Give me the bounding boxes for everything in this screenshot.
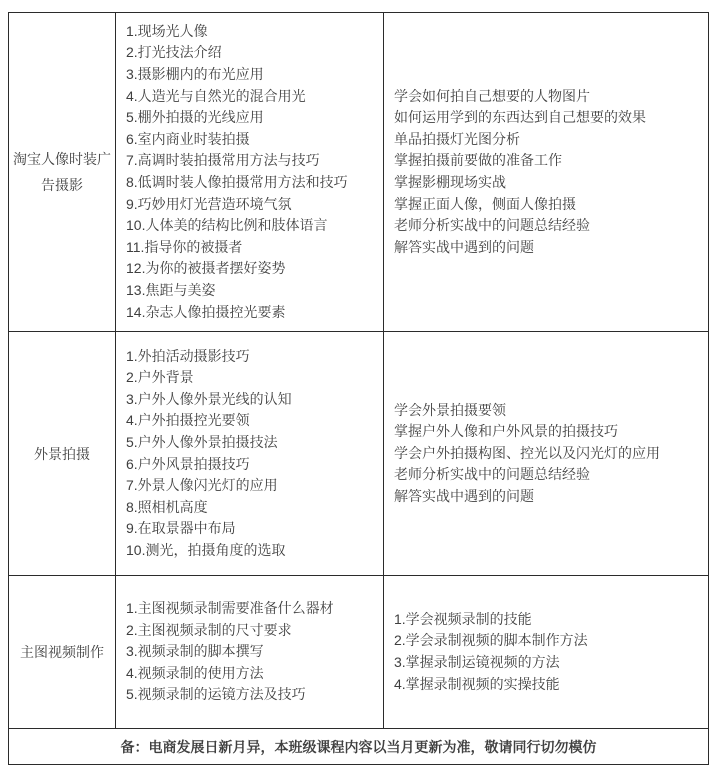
course-name-cell: 主图视频制作 xyxy=(9,576,116,729)
topic-item: 9.在取景器中布局 xyxy=(126,518,379,540)
outcome-item: 4.掌握录制视频的实操技能 xyxy=(394,674,704,696)
outcome-item: 掌握正面人像，侧面人像拍摄 xyxy=(394,194,704,216)
table-row: 主图视频制作 1.主图视频录制需要准备什么器材2.主图视频录制的尺寸要求3.视频… xyxy=(9,576,709,729)
topic-item: 14.杂志人像拍摄控光要素 xyxy=(126,302,379,324)
topic-item: 13.焦距与美姿 xyxy=(126,280,379,302)
outcome-item: 学会外景拍摄要领 xyxy=(394,400,704,422)
topic-item: 6.室内商业时装拍摄 xyxy=(126,129,379,151)
outcome-item: 单品拍摄灯光图分析 xyxy=(394,129,704,151)
topic-item: 8.低调时装人像拍摄常用方法和技巧 xyxy=(126,172,379,194)
topic-item: 2.打光技法介绍 xyxy=(126,42,379,64)
table-row: 淘宝人像时装广告摄影 1.现场光人像2.打光技法介绍3.摄影棚内的布光应用4.人… xyxy=(9,13,709,332)
outcome-item: 掌握拍摄前要做的准备工作 xyxy=(394,150,704,172)
outcome-item: 学会户外拍摄构图、控光以及闪光灯的应用 xyxy=(394,443,704,465)
outcome-item: 3.掌握录制运镜视频的方法 xyxy=(394,652,704,674)
outcome-item: 解答实战中遇到的问题 xyxy=(394,237,704,259)
topic-item: 10.人体美的结构比例和肢体语言 xyxy=(126,215,379,237)
topic-item: 5.户外人像外景拍摄技法 xyxy=(126,432,379,454)
topic-item: 7.高调时装拍摄常用方法与技巧 xyxy=(126,150,379,172)
topic-item: 4.户外拍摄控光要领 xyxy=(126,410,379,432)
course-name-cell: 淘宝人像时装广告摄影 xyxy=(9,13,116,332)
outcome-item: 老师分析实战中的问题总结经验 xyxy=(394,464,704,486)
outcomes-list: 1.学会视频录制的技能2.学会录制视频的脚本制作方法3.掌握录制运镜视频的方法4… xyxy=(384,609,708,695)
outcome-item: 掌握户外人像和户外风景的拍摄技巧 xyxy=(394,421,704,443)
topics-cell: 1.主图视频录制需要准备什么器材2.主图视频录制的尺寸要求3.视频录制的脚本撰写… xyxy=(116,576,384,729)
outcome-item: 掌握影棚现场实战 xyxy=(394,172,704,194)
outcome-item: 学会如何拍自己想要的人物图片 xyxy=(394,86,704,108)
topic-item: 10.测光，拍摄角度的选取 xyxy=(126,540,379,562)
topic-item: 7.外景人像闪光灯的应用 xyxy=(126,475,379,497)
outcome-item: 如何运用学到的东西达到自己想要的效果 xyxy=(394,107,704,129)
curriculum-page: 淘宝人像时装广告摄影 1.现场光人像2.打光技法介绍3.摄影棚内的布光应用4.人… xyxy=(0,0,721,772)
course-name: 外景拍摄 xyxy=(34,446,90,462)
outcome-item: 老师分析实战中的问题总结经验 xyxy=(394,215,704,237)
footer-note: 备：电商发展日新月异，本班级课程内容以当月更新为准，敬请同行切勿模仿 xyxy=(9,729,709,765)
table-footer-row: 备：电商发展日新月异，本班级课程内容以当月更新为准，敬请同行切勿模仿 xyxy=(9,729,709,765)
topic-item: 12.为你的被摄者摆好姿势 xyxy=(126,258,379,280)
course-name: 淘宝人像时装广告摄影 xyxy=(13,151,111,193)
outcomes-list: 学会外景拍摄要领掌握户外人像和户外风景的拍摄技巧学会户外拍摄构图、控光以及闪光灯… xyxy=(384,400,708,508)
topic-item: 2.户外背景 xyxy=(126,367,379,389)
topic-item: 4.人造光与自然光的混合用光 xyxy=(126,86,379,108)
topic-item: 3.户外人像外景光线的认知 xyxy=(126,389,379,411)
topic-item: 5.视频录制的运镜方法及技巧 xyxy=(126,684,379,706)
topic-item: 9.巧妙用灯光营造环境气氛 xyxy=(126,194,379,216)
topic-item: 2.主图视频录制的尺寸要求 xyxy=(126,620,379,642)
topic-item: 11.指导你的被摄者 xyxy=(126,237,379,259)
outcomes-cell: 1.学会视频录制的技能2.学会录制视频的脚本制作方法3.掌握录制运镜视频的方法4… xyxy=(384,576,709,729)
course-name: 主图视频制作 xyxy=(20,644,104,660)
topic-item: 4.视频录制的使用方法 xyxy=(126,663,379,685)
topics-list: 1.外拍活动摄影技巧2.户外背景3.户外人像外景光线的认知4.户外拍摄控光要领5… xyxy=(116,346,383,562)
outcomes-cell: 学会外景拍摄要领掌握户外人像和户外风景的拍摄技巧学会户外拍摄构图、控光以及闪光灯… xyxy=(384,332,709,576)
table-row: 外景拍摄 1.外拍活动摄影技巧2.户外背景3.户外人像外景光线的认知4.户外拍摄… xyxy=(9,332,709,576)
topics-list: 1.现场光人像2.打光技法介绍3.摄影棚内的布光应用4.人造光与自然光的混合用光… xyxy=(116,21,383,323)
topic-item: 1.现场光人像 xyxy=(126,21,379,43)
topic-item: 3.摄影棚内的布光应用 xyxy=(126,64,379,86)
topic-item: 8.照相机高度 xyxy=(126,497,379,519)
outcomes-cell: 学会如何拍自己想要的人物图片如何运用学到的东西达到自己想要的效果单品拍摄灯光图分… xyxy=(384,13,709,332)
topics-cell: 1.外拍活动摄影技巧2.户外背景3.户外人像外景光线的认知4.户外拍摄控光要领5… xyxy=(116,332,384,576)
curriculum-table: 淘宝人像时装广告摄影 1.现场光人像2.打光技法介绍3.摄影棚内的布光应用4.人… xyxy=(8,12,709,765)
outcomes-list: 学会如何拍自己想要的人物图片如何运用学到的东西达到自己想要的效果单品拍摄灯光图分… xyxy=(384,86,708,259)
topic-item: 3.视频录制的脚本撰写 xyxy=(126,641,379,663)
outcome-item: 解答实战中遇到的问题 xyxy=(394,486,704,508)
topic-item: 1.外拍活动摄影技巧 xyxy=(126,346,379,368)
course-name-cell: 外景拍摄 xyxy=(9,332,116,576)
topic-item: 5.棚外拍摄的光线应用 xyxy=(126,107,379,129)
outcome-item: 1.学会视频录制的技能 xyxy=(394,609,704,631)
outcome-item: 2.学会录制视频的脚本制作方法 xyxy=(394,630,704,652)
topic-item: 6.户外风景拍摄技巧 xyxy=(126,454,379,476)
topics-cell: 1.现场光人像2.打光技法介绍3.摄影棚内的布光应用4.人造光与自然光的混合用光… xyxy=(116,13,384,332)
topics-list: 1.主图视频录制需要准备什么器材2.主图视频录制的尺寸要求3.视频录制的脚本撰写… xyxy=(116,598,383,706)
topic-item: 1.主图视频录制需要准备什么器材 xyxy=(126,598,379,620)
